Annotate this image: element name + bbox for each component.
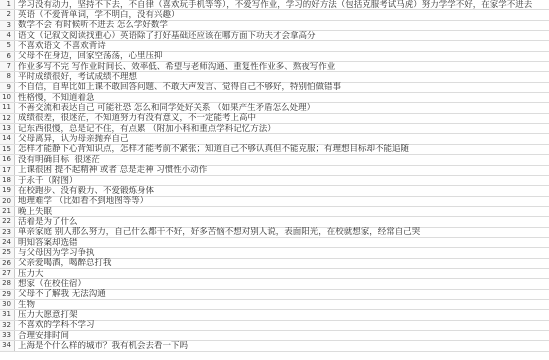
row-text-cell[interactable]: 晚上失眠 <box>15 207 549 217</box>
table-row[interactable]: 20 地理难学 （比如看不到地图等等） <box>0 197 549 207</box>
row-number-cell[interactable]: 25 <box>0 248 15 257</box>
row-text-cell[interactable]: 父母不了解我 无法沟通 <box>15 289 549 299</box>
row-text-cell[interactable]: 父母不在身边，回家空荡荡，心里压抑 <box>15 51 549 61</box>
row-number-cell[interactable]: 16 <box>0 155 15 164</box>
table-row[interactable]: 3 数学不会 有时候听不进去 怎么学好数学 <box>0 21 549 31</box>
row-number-cell[interactable]: 14 <box>0 134 15 143</box>
row-text-cell[interactable]: 不自信，自卑比如上课不敢回答问题、不敢大声发言、觉得自己不够好，特别怕做错事 <box>15 82 549 92</box>
row-text-cell[interactable]: 上课很困 提不起精神 或者 总是走神 习惯性小动作 <box>15 165 549 175</box>
row-number-cell[interactable]: 30 <box>0 300 15 309</box>
row-number-cell[interactable]: 9 <box>0 83 15 92</box>
table-row[interactable]: 32 不喜欢的学科不学习 <box>0 321 549 331</box>
row-number-cell[interactable]: 13 <box>0 124 15 133</box>
table-row[interactable]: 16 没有明确目标 很迷茫 <box>0 155 549 165</box>
row-text-cell[interactable]: 英语（不爱背单词，学不明白，没有兴趣） <box>15 10 549 20</box>
table-row[interactable]: 23 单亲家庭 别人那么努力，自己什么都干不好，好多苦恼不想对别人说，表面阳光，… <box>0 228 549 238</box>
row-text-cell[interactable]: 不善交流和表达自己 可能社恐 怎么和同学处好关系 （如果产生矛盾怎么处理） <box>15 103 549 113</box>
row-text-cell[interactable]: 地理难学 （比如看不到地图等等） <box>15 196 549 206</box>
row-text-cell[interactable]: 数学不会 有时候听不进去 怎么学好数学 <box>15 20 549 30</box>
row-number-cell[interactable]: 11 <box>0 103 15 112</box>
row-number-cell[interactable]: 34 <box>0 341 15 350</box>
row-number-cell[interactable]: 24 <box>0 238 15 247</box>
row-text-cell[interactable]: 没有明确目标 很迷茫 <box>15 155 549 165</box>
table-row[interactable]: 29 父母不了解我 无法沟通 <box>0 290 549 300</box>
row-text-cell[interactable]: 作业多写不完 写作业时间长、效率低、希望与老师沟通、重复性作业多、熬夜写作业 <box>15 62 549 72</box>
table-row[interactable]: 27 压力大 <box>0 269 549 279</box>
row-text-cell[interactable]: 合理安排时间 <box>15 331 549 341</box>
row-text-cell[interactable]: 不喜欢的学科不学习 <box>15 320 549 330</box>
row-text-cell[interactable]: 学习没有动力，坚持不下去，不自律（喜欢玩手机等等），不爱写作业，学习的好方法（包… <box>15 0 549 10</box>
row-text-cell[interactable]: 父母离异，认为母亲抛弃自己 <box>15 134 549 144</box>
table-row[interactable]: 8 平时成绩很好，考试成绩不理想 <box>0 72 549 82</box>
row-number-cell[interactable]: 2 <box>0 10 15 19</box>
row-text-cell[interactable]: 明知答案却选错 <box>15 238 549 248</box>
table-row[interactable]: 28 想家（在校住宿） <box>0 279 549 289</box>
table-row[interactable]: 21 晚上失眠 <box>0 207 549 217</box>
row-number-cell[interactable]: 5 <box>0 41 15 50</box>
table-row[interactable]: 22 活着是为了什么 <box>0 217 549 227</box>
row-text-cell[interactable]: 单亲家庭 别人那么努力，自己什么都干不好，好多苦恼不想对别人说，表面阳光，在校就… <box>15 227 549 237</box>
table-row[interactable]: 30 生物 <box>0 300 549 310</box>
row-text-cell[interactable]: 生物 <box>15 300 549 310</box>
row-number-cell[interactable]: 19 <box>0 186 15 195</box>
row-number-cell[interactable]: 22 <box>0 217 15 226</box>
row-text-cell[interactable]: 想家（在校住宿） <box>15 279 549 289</box>
row-number-cell[interactable]: 10 <box>0 93 15 102</box>
row-number-cell[interactable]: 33 <box>0 331 15 340</box>
row-text-cell[interactable]: 压力大 <box>15 269 549 279</box>
row-number-cell[interactable]: 4 <box>0 31 15 40</box>
table-row[interactable]: 6 父母不在身边，回家空荡荡，心里压抑 <box>0 52 549 62</box>
row-text-cell[interactable]: 记东西很慢，总是记不住，有点累 （附加小科和重点学科记忆方法） <box>15 124 549 134</box>
row-text-cell[interactable]: 成绩很差，很迷茫，不知道努力有没有意义，不一定能考上高中 <box>15 113 549 123</box>
row-number-cell[interactable]: 26 <box>0 259 15 268</box>
row-number-cell[interactable]: 31 <box>0 310 15 319</box>
table-row[interactable]: 19 在校跑步、没有毅力、不爱锻炼身体 <box>0 186 549 196</box>
table-row[interactable]: 12 成绩很差，很迷茫，不知道努力有没有意义，不一定能考上高中 <box>0 114 549 124</box>
table-row[interactable]: 34 上海是个什么样的城市？我有机会去看一下吗 <box>0 341 549 351</box>
row-text-cell[interactable]: 平时成绩很好，考试成绩不理想 <box>15 72 549 82</box>
table-row[interactable]: 11 不善交流和表达自己 可能社恐 怎么和同学处好关系 （如果产生矛盾怎么处理） <box>0 103 549 113</box>
row-number-cell[interactable]: 28 <box>0 279 15 288</box>
table-row[interactable]: 18 于永千（附图） <box>0 176 549 186</box>
row-text-cell[interactable]: 于永千（附图） <box>15 176 549 186</box>
table-row[interactable]: 13 记东西很慢，总是记不住，有点累 （附加小科和重点学科记忆方法） <box>0 124 549 134</box>
table-row[interactable]: 7 作业多写不完 写作业时间长、效率低、希望与老师沟通、重复性作业多、熬夜写作业 <box>0 62 549 72</box>
row-number-cell[interactable]: 23 <box>0 228 15 237</box>
row-number-cell[interactable]: 6 <box>0 52 15 61</box>
row-number-cell[interactable]: 3 <box>0 21 15 30</box>
row-number-cell[interactable]: 20 <box>0 197 15 206</box>
row-number-cell[interactable]: 7 <box>0 62 15 71</box>
table-row[interactable]: 14 父母离异，认为母亲抛弃自己 <box>0 134 549 144</box>
row-number-cell[interactable]: 17 <box>0 166 15 175</box>
row-text-cell[interactable]: 活着是为了什么 <box>15 217 549 227</box>
row-number-cell[interactable]: 27 <box>0 269 15 278</box>
row-text-cell[interactable]: 语文（记叙文阅读找重心）英语除了打好基础还应该在哪方面下功夫才会拿高分 <box>15 31 549 41</box>
row-text-cell[interactable]: 不喜欢语文 不喜欢背诗 <box>15 41 549 51</box>
table-row[interactable]: 26 父亲爱喝酒，喝醉总打我 <box>0 259 549 269</box>
row-number-cell[interactable]: 15 <box>0 145 15 154</box>
table-row[interactable]: 2 英语（不爱背单词，学不明白，没有兴趣） <box>0 10 549 20</box>
row-text-cell[interactable]: 与父母因为学习争执 <box>15 248 549 258</box>
table-row[interactable]: 25 与父母因为学习争执 <box>0 248 549 258</box>
row-number-cell[interactable]: 12 <box>0 114 15 123</box>
row-number-cell[interactable]: 32 <box>0 321 15 330</box>
table-row[interactable]: 9 不自信，自卑比如上课不敢回答问题、不敢大声发言、觉得自己不够好，特别怕做错事 <box>0 83 549 93</box>
table-row[interactable]: 31 压力大愿意打架 <box>0 310 549 320</box>
table-row[interactable]: 17 上课很困 提不起精神 或者 总是走神 习惯性小动作 <box>0 166 549 176</box>
table-row[interactable]: 5 不喜欢语文 不喜欢背诗 <box>0 41 549 51</box>
table-row[interactable]: 4 语文（记叙文阅读找重心）英语除了打好基础还应该在哪方面下功夫才会拿高分 <box>0 31 549 41</box>
row-number-cell[interactable]: 29 <box>0 290 15 299</box>
row-number-cell[interactable]: 21 <box>0 207 15 216</box>
table-row[interactable]: 15 怎样才能静下心背知识点，怎样才能考前不紧张；知道自己不够认真但不能克服；有… <box>0 145 549 155</box>
row-text-cell[interactable]: 在校跑步、没有毅力、不爱锻炼身体 <box>15 186 549 196</box>
row-number-cell[interactable]: 1 <box>0 0 15 9</box>
row-text-cell[interactable]: 性格慢，不知道着急 <box>15 93 549 103</box>
table-row[interactable]: 33 合理安排时间 <box>0 331 549 341</box>
row-text-cell[interactable]: 上海是个什么样的城市？我有机会去看一下吗 <box>15 341 549 351</box>
table-row[interactable]: 24 明知答案却选错 <box>0 238 549 248</box>
row-text-cell[interactable]: 父亲爱喝酒，喝醉总打我 <box>15 258 549 268</box>
table-row[interactable]: 1 学习没有动力，坚持不下去，不自律（喜欢玩手机等等），不爱写作业，学习的好方法… <box>0 0 549 10</box>
row-text-cell[interactable]: 怎样才能静下心背知识点，怎样才能考前不紧张；知道自己不够认真但不能克服；有理想目… <box>15 144 549 154</box>
table-row[interactable]: 10 性格慢，不知道着急 <box>0 93 549 103</box>
row-text-cell[interactable]: 压力大愿意打架 <box>15 310 549 320</box>
row-number-cell[interactable]: 8 <box>0 72 15 81</box>
row-number-cell[interactable]: 18 <box>0 176 15 185</box>
spreadsheet-grid: 1 学习没有动力，坚持不下去，不自律（喜欢玩手机等等），不爱写作业，学习的好方法… <box>0 0 549 360</box>
